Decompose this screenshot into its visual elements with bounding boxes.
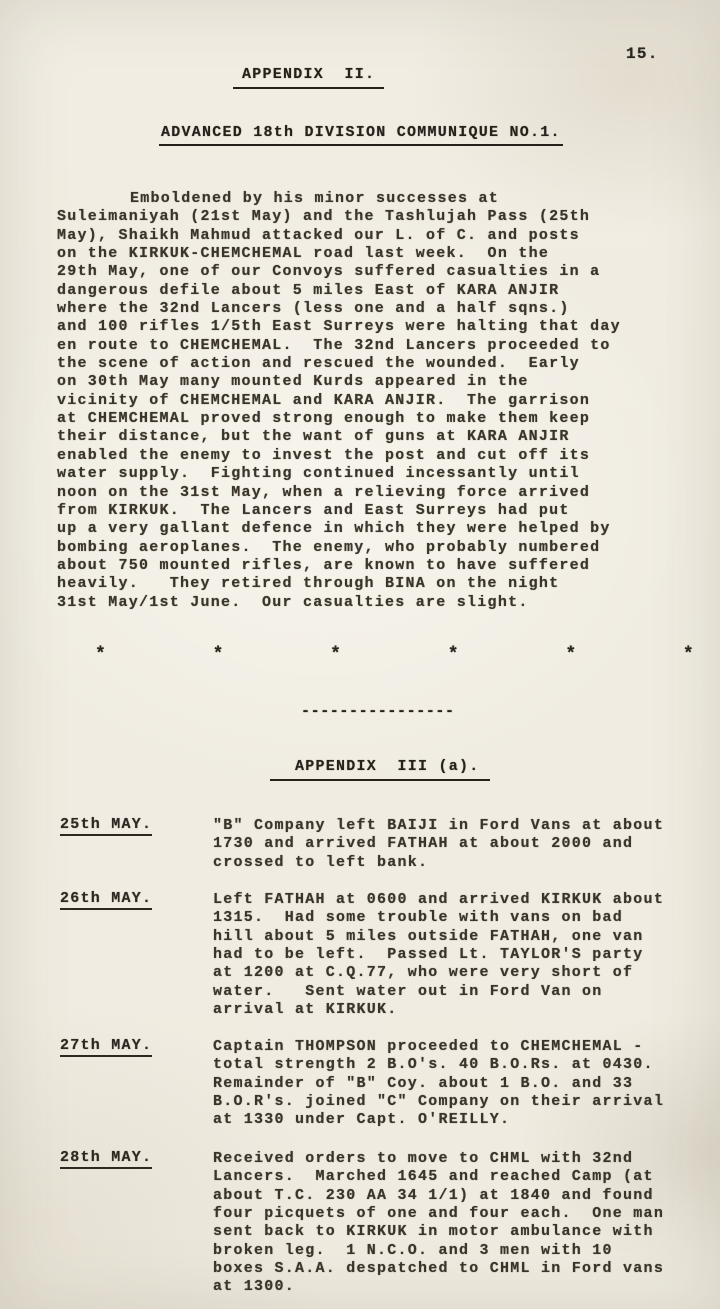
paragraph-line: the scene of action and rescued the woun… [57,355,621,373]
paragraph-line: up a very gallant defence in which they … [57,520,621,538]
appendix-iii-title: APPENDIX III (a). [270,758,490,781]
appendix-ii-title: APPENDIX II. [233,66,384,89]
asterisk: * [565,646,577,664]
entry-line: total strength 2 B.O's. 40 B.O.Rs. at 04… [213,1056,664,1074]
paragraph-line: dangerous defile about 5 miles East of K… [57,282,621,300]
entry-line: Received orders to move to CHML with 32n… [213,1150,664,1168]
scanned-document-page: 15. APPENDIX II. ADVANCED 18th DIVISION … [0,0,720,1309]
entry-line: "B" Company left BAIJI in Ford Vans at a… [213,817,664,835]
page-number: 15. [626,45,659,63]
entry-line: at 1300. [213,1278,664,1296]
paragraph-line: on 30th May many mounted Kurds appeared … [57,373,621,391]
paragraph-line: water supply. Fighting continued incessa… [57,465,621,483]
entry-line: 1315. Had some trouble with vans on bad [213,909,664,927]
entry-line: had to be left. Passed Lt. TAYLOR'S part… [213,946,664,964]
entry-line: Left FATHAH at 0600 and arrived KIRKUK a… [213,891,664,909]
paragraph-line: May), Shaikh Mahmud attacked our L. of C… [57,227,621,245]
communique-title: ADVANCED 18th DIVISION COMMUNIQUE NO.1. [159,124,563,146]
entry-date: 27th MAY. [60,1038,152,1057]
entry-line: crossed to left bank. [213,854,664,872]
entry-line: Remainder of "B" Coy. about 1 B.O. and 3… [213,1075,664,1093]
asterisk: * [448,646,460,664]
entry-body: Received orders to move to CHML with 32n… [213,1150,664,1297]
paragraph-line: bombing aeroplanes. The enemy, who proba… [57,539,621,557]
asterisk: * [95,646,107,664]
paragraph-line: heavily. They retired through BINA on th… [57,575,621,593]
entry-line: hill about 5 miles outside FATHAH, one v… [213,928,664,946]
paragraph-line: vicinity of CHEMCHEMAL and KARA ANJIR. T… [57,392,621,410]
entry-line: about T.C. 230 AA 34 1/1) at 1840 and fo… [213,1187,664,1205]
entry-line: broken leg. 1 N.C.O. and 3 men with 10 [213,1242,664,1260]
asterisk: * [683,646,695,664]
asterisk: * [213,646,225,664]
paragraph-line: and 100 rifles 1/5th East Surreys were h… [57,318,621,336]
entry-date: 26th MAY. [60,891,152,910]
paragraph-line: 29th May, one of our Convoys suffered ca… [57,263,621,281]
entry-line: water. Sent water out in Ford Van on [213,983,664,1001]
entry-date: 25th MAY. [60,817,152,836]
entry-line: B.O.R's. joined "C" Company on their arr… [213,1093,664,1111]
asterisk-separator: * * * * * * [95,646,695,664]
entry-line: at 1330 under Capt. O'REILLY. [213,1111,664,1129]
paragraph-line: their distance, but the want of guns at … [57,428,621,446]
paragraph-line: on the KIRKUK-CHEMCHEMAL road last week.… [57,245,621,263]
paragraph-line: where the 32nd Lancers (less one and a h… [57,300,621,318]
entry-body: "B" Company left BAIJI in Ford Vans at a… [213,817,664,872]
paragraph-line: 31st May/1st June. Our casualties are sl… [57,594,621,612]
paragraph-line: Emboldened by his minor successes at [57,190,621,208]
paragraph-line: en route to CHEMCHEMAL. The 32nd Lancers… [57,337,621,355]
communique-paragraph: Emboldened by his minor successes at Sul… [57,190,621,612]
paragraph-line: noon on the 31st May, when a relieving f… [57,484,621,502]
paragraph-line: at CHEMCHEMAL proved strong enough to ma… [57,410,621,428]
paragraph-line: enabled the enemy to invest the post and… [57,447,621,465]
entry-line: 1730 and arrived FATHAH at about 2000 an… [213,835,664,853]
entry-date: 28th MAY. [60,1150,152,1169]
entry-body: Left FATHAH at 0600 and arrived KIRKUK a… [213,891,664,1019]
entry-line: arrival at KIRKUK. [213,1001,664,1019]
entry-line: four picquets of one and four each. One … [213,1205,664,1223]
dashed-separator: ---------------- [301,703,455,720]
paragraph-line: Suleimaniyah (21st May) and the Tashluja… [57,208,621,226]
entry-line: boxes S.A.A. despatched to CHML in Ford … [213,1260,664,1278]
paragraph-line: from KIRKUK. The Lancers and East Surrey… [57,502,621,520]
entry-line: sent back to KIRKUK in motor ambulance w… [213,1223,664,1241]
entry-line: Lancers. Marched 1645 and reached Camp (… [213,1168,664,1186]
entry-line: at 1200 at C.Q.77, who were very short o… [213,964,664,982]
entry-body: Captain THOMPSON proceeded to CHEMCHEMAL… [213,1038,664,1130]
entry-line: Captain THOMPSON proceeded to CHEMCHEMAL… [213,1038,664,1056]
asterisk: * [330,646,342,664]
paragraph-line: about 750 mounted rifles, are known to h… [57,557,621,575]
